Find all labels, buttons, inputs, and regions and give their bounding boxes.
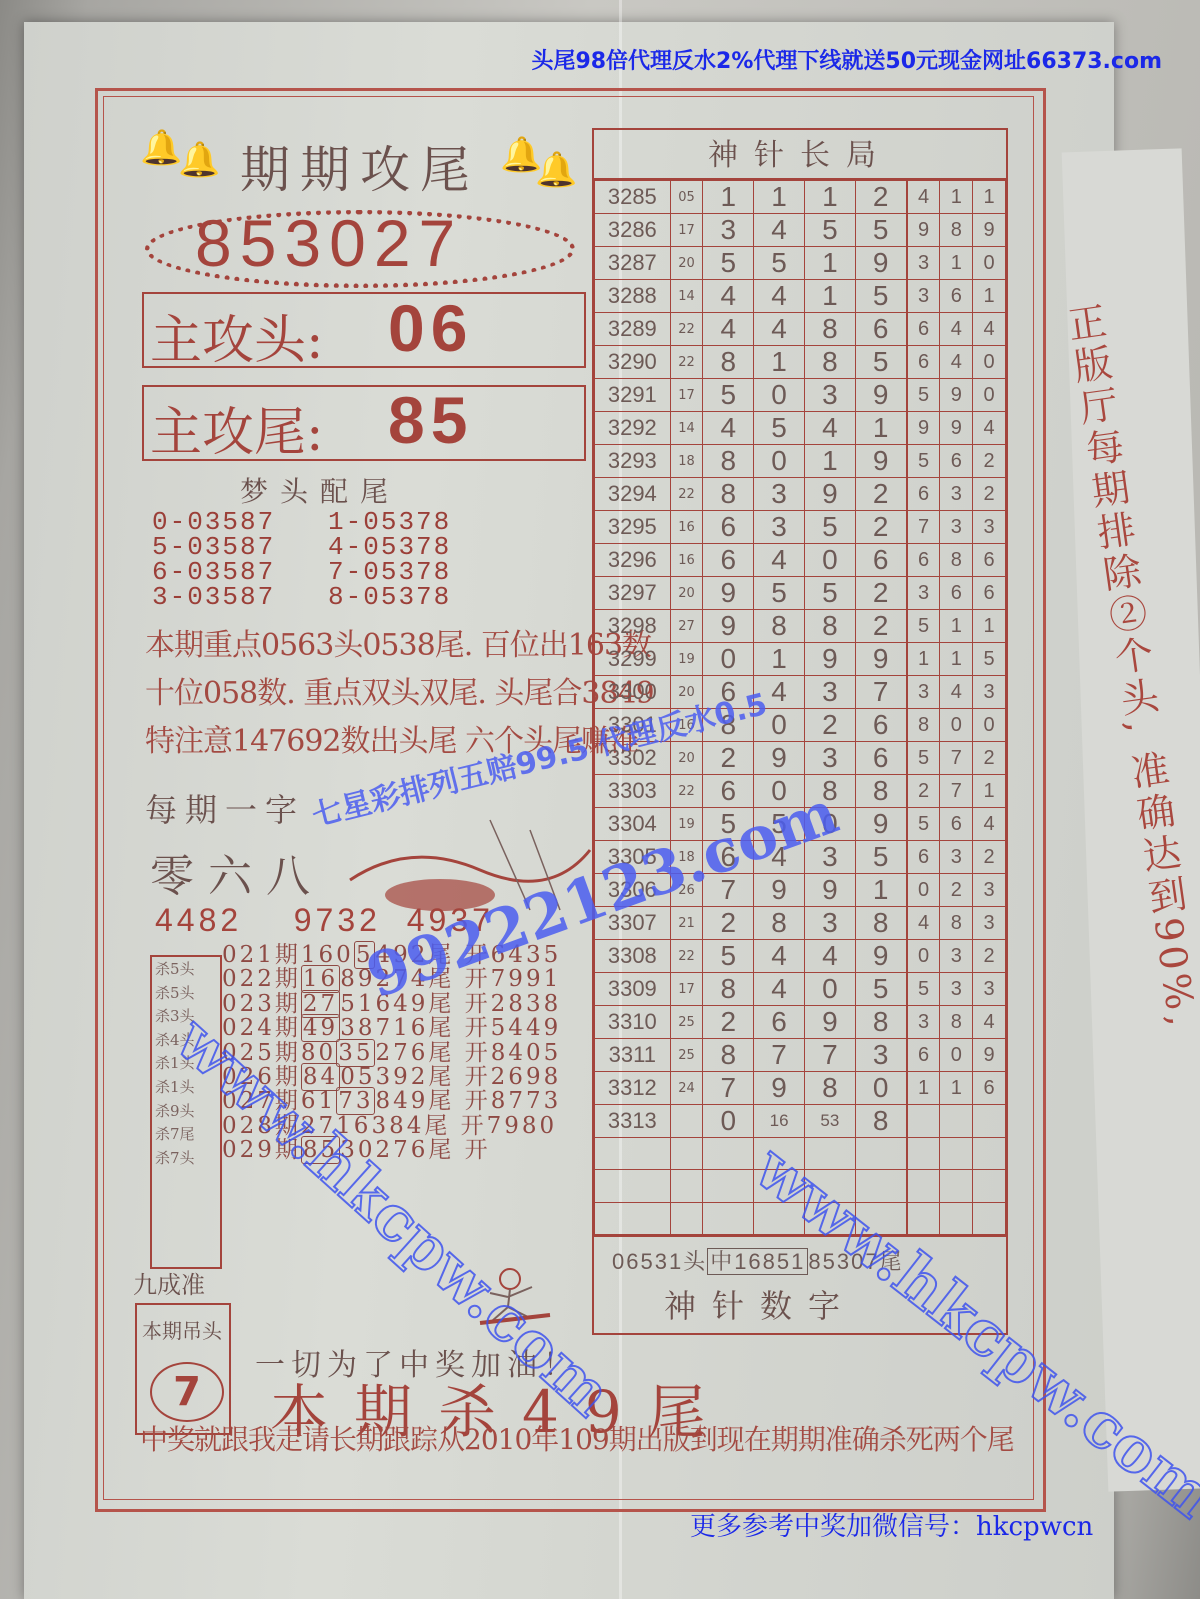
ninety-percent-label: 九成准 [133,1265,205,1300]
digit-cell: 8 [703,445,754,478]
extra-cell: 9 [940,379,973,412]
digit-cell: 6 [855,313,906,346]
extra-cell: 6 [940,280,973,313]
extra-cell: 9 [940,412,973,445]
period-cell: 3289 [595,313,671,346]
digit-cell: 6 [703,511,754,544]
extra-cell: 5 [907,808,940,841]
digit-cell: 1 [855,874,906,907]
digit-cell: 5 [703,940,754,973]
sum-cell: 25 [670,1039,703,1072]
extra-cell: 5 [907,973,940,1006]
extra-cell: 0 [973,709,1006,742]
sum-cell: 22 [670,478,703,511]
extra-cell [940,1105,973,1138]
extra-cell: 6 [907,346,940,379]
sum-cell: 17 [670,379,703,412]
sum-cell: 21 [670,907,703,940]
digit-cell: 8 [855,1105,906,1138]
zero-six-eight: 零六八 [150,840,324,904]
sum-cell: 14 [670,412,703,445]
grid-row: 3295166352733 [595,511,1006,544]
digit-cell: 0 [703,643,754,676]
digit-cell [703,1202,754,1234]
digit-cell: 2 [703,1006,754,1039]
grid-row: 3290228185640 [595,346,1006,379]
digit-cell: 2 [855,511,906,544]
period-cell: 3313 [595,1105,671,1138]
extra-cell: 3 [940,973,973,1006]
dream-pairs: 0-03587 1-05378 5-03587 4-05378 6-03587 … [152,510,451,610]
note-line: 本期重点0563头0538尾. 百位出163数 [145,622,654,670]
extra-cell: 6 [973,577,1006,610]
main-tail-value: 85 [388,382,473,458]
digit-cell: 2 [855,181,906,214]
digit-cell: 9 [855,808,906,841]
digit-cell: 5 [855,346,906,379]
grid-row: 3299190199115 [595,643,1006,676]
extra-cell: 7 [940,775,973,808]
extra-cell: 1 [940,610,973,643]
digit-cell: 0 [754,445,805,478]
this-issue-head-value: 7 [150,1362,224,1422]
extra-cell: 5 [907,742,940,775]
extra-cell: 4 [973,1006,1006,1039]
this-issue-head-label: 本期吊头 [142,1315,222,1344]
sum-cell: 25 [670,1006,703,1039]
dream-title: 梦头配尾 [240,470,400,510]
sum-cell [670,1105,703,1138]
extra-cell: 4 [973,808,1006,841]
extra-cell: 1 [940,1072,973,1105]
digit-cell: 0 [754,379,805,412]
digit-cell: 5 [855,973,906,1006]
grid-row: 3300206437343 [595,676,1006,709]
extra-cell: 0 [940,1039,973,1072]
grid-row: 3285051112411 [595,181,1006,214]
extra-cell: 9 [907,214,940,247]
extra-cell: 3 [973,511,1006,544]
extra-cell: 4 [907,907,940,940]
extra-cell: 0 [973,379,1006,412]
extra-cell [973,1202,1006,1234]
extra-cell [940,1138,973,1170]
extra-cell: 4 [907,181,940,214]
digit-cell: 2 [855,610,906,643]
extra-cell: 3 [940,940,973,973]
digit-cell: 5 [855,280,906,313]
extra-cell [907,1170,940,1202]
sum-cell: 16 [670,544,703,577]
digit-cell: 0 [703,1105,754,1138]
grid-row: 3294228392632 [595,478,1006,511]
extra-cell: 4 [940,676,973,709]
digit-cell: 8 [754,610,805,643]
period-cell: 3312 [595,1072,671,1105]
digit-cell: 9 [855,379,906,412]
bells-icon: 🔔 [178,140,220,180]
extra-cell: 4 [973,313,1006,346]
extra-cell: 8 [940,1006,973,1039]
extra-cell: 6 [940,808,973,841]
period-cell: 3308 [595,940,671,973]
extra-cell: 3 [907,280,940,313]
digit-cell: 8 [703,346,754,379]
extra-cell: 3 [973,874,1006,907]
digit-cell: 4 [754,214,805,247]
digit-cell: 4 [754,544,805,577]
digit-cell: 3 [703,214,754,247]
grid-row: 3286173455989 [595,214,1006,247]
extra-cell: 2 [973,940,1006,973]
digit-cell: 8 [855,907,906,940]
extra-cell: 0 [940,709,973,742]
extra-cell: 7 [940,742,973,775]
digit-cell: 8 [703,973,754,1006]
digit-cell: 8 [804,1072,855,1105]
digit-cell: 7 [754,1039,805,1072]
extra-cell: 4 [973,412,1006,445]
digit-cell [703,1138,754,1170]
extra-cell: 6 [907,1039,940,1072]
extra-cell: 8 [940,907,973,940]
digit-cell: 4 [754,973,805,1006]
digit-cell: 5 [754,247,805,280]
extra-cell [940,1170,973,1202]
extra-cell: 0 [973,247,1006,280]
digit-cell: 5 [804,511,855,544]
digit-cell: 3 [804,742,855,775]
extra-cell [907,1138,940,1170]
extra-cell: 9 [973,1039,1006,1072]
extra-cell: 0 [973,346,1006,379]
sum-cell [670,1202,703,1234]
digit-cell: 5 [754,577,805,610]
digit-cell: 5 [855,841,906,874]
period-cell: 3287 [595,247,671,280]
digit-cell: 53 [804,1105,855,1138]
digit-cell: 9 [855,940,906,973]
digit-cell: 6 [855,709,906,742]
sum-cell: 17 [670,973,703,1006]
digit-cell: 2 [703,742,754,775]
bells-icon: 🔔 [140,128,182,168]
digit-cell: 5 [703,247,754,280]
digit-cell: 0 [804,973,855,1006]
digit-cell: 6 [754,1006,805,1039]
extra-cell: 9 [973,214,1006,247]
extra-cell: 6 [907,313,940,346]
digit-cell: 5 [703,379,754,412]
grid-row: 3287205519310 [595,247,1006,280]
each-issue-label: 每期一字 [145,785,305,831]
extra-cell: 0 [907,874,940,907]
bells-icon: 🔔 [535,150,577,190]
digit-cell: 8 [855,1006,906,1039]
digit-cell: 8 [804,610,855,643]
digit-cell: 1 [754,181,805,214]
extra-cell: 7 [907,511,940,544]
extra-cell: 3 [907,247,940,280]
digit-cell: 4 [804,940,855,973]
extra-cell: 3 [973,907,1006,940]
digit-cell: 4 [754,280,805,313]
digit-cell: 9 [754,874,805,907]
grid-row: 3291175039590 [595,379,1006,412]
digit-cell: 1 [804,247,855,280]
extra-cell: 1 [973,610,1006,643]
main-head-value: 06 [388,290,473,366]
extra-cell: 8 [940,544,973,577]
extra-cell [907,1105,940,1138]
digit-cell: 5 [804,577,855,610]
grid-row: 3297209552366 [595,577,1006,610]
digit-cell: 3 [855,1039,906,1072]
digit-cell: 9 [703,577,754,610]
digit-cell [855,1138,906,1170]
digit-cell: 9 [804,1006,855,1039]
extra-cell: 5 [907,610,940,643]
sum-cell: 14 [670,280,703,313]
period-cell [595,1170,671,1202]
sum-cell: 22 [670,313,703,346]
digit-cell: 5 [804,214,855,247]
period-cell: 3309 [595,973,671,1006]
digit-cell: 4 [703,280,754,313]
extra-cell: 2 [973,841,1006,874]
sum-cell: 22 [670,940,703,973]
digit-cell: 7 [804,1039,855,1072]
extra-cell: 1 [940,643,973,676]
top-ad-banner: 头尾98倍代理反水2%代理下线就送50元现金网址66373.com [531,44,1162,75]
period-cell: 3303 [595,775,671,808]
extra-cell: 1 [940,247,973,280]
digit-cell: 3 [754,478,805,511]
period-cell: 3310 [595,1006,671,1039]
sum-cell: 05 [670,181,703,214]
digit-cell: 9 [855,247,906,280]
highlight-number: 853027 [195,205,463,281]
sum-cell: 20 [670,742,703,775]
extra-cell [973,1138,1006,1170]
period-cell [595,1138,671,1170]
period-cell: 3311 [595,1039,671,1072]
grid-row: 3292144541994 [595,412,1006,445]
extra-cell: 6 [973,1072,1006,1105]
extra-cell: 1 [907,1072,940,1105]
digit-cell: 9 [804,874,855,907]
grid-row: 3310252698384 [595,1006,1006,1039]
extra-cell: 4 [940,313,973,346]
extra-cell: 5 [907,445,940,478]
digit-cell: 0 [855,1072,906,1105]
digit-cell: 4 [703,313,754,346]
extra-cell: 2 [973,445,1006,478]
grid-row: 3288144415361 [595,280,1006,313]
extra-cell: 1 [973,181,1006,214]
digit-cell: 9 [855,643,906,676]
grid-footer-title: 神针数字 [664,1281,856,1327]
extra-cell: 3 [940,478,973,511]
extra-cell: 6 [907,478,940,511]
extra-cell: 2 [940,874,973,907]
digit-cell: 1 [754,643,805,676]
digit-cell: 6 [703,775,754,808]
sum-cell: 20 [670,577,703,610]
digit-cell: 3 [804,907,855,940]
extra-cell: 3 [907,577,940,610]
period-cell: 3295 [595,511,671,544]
main-tail-label: 主攻尾: [150,390,324,465]
extra-cell: 3 [907,1006,940,1039]
sum-cell: 20 [670,247,703,280]
period-cell: 3286 [595,214,671,247]
main-head-label: 主攻头: [150,298,324,373]
extra-cell: 2 [973,742,1006,775]
sum-cell: 22 [670,346,703,379]
grid-row: 3313016538 [595,1105,1006,1138]
digit-cell: 4 [754,313,805,346]
extra-cell: 1 [973,280,1006,313]
bottom-ad-banner: 更多参考中奖加微信号：hkcpwcn [690,1506,1093,1543]
dream-pair-row: 3-03587 8-05378 [152,585,451,610]
grid-row: 3308225449032 [595,940,1006,973]
digit-cell: 8 [804,313,855,346]
period-cell [595,1202,671,1234]
extra-cell: 2 [907,775,940,808]
digit-cell: 1 [804,445,855,478]
extra-cell: 9 [907,412,940,445]
sum-cell: 24 [670,1072,703,1105]
digit-cell: 1 [855,412,906,445]
digit-cell: 1 [804,280,855,313]
digit-cell: 9 [804,478,855,511]
digit-cell: 9 [804,643,855,676]
extra-cell [973,1170,1006,1202]
digit-cell: 8 [703,478,754,511]
grid-row: 3293188019562 [595,445,1006,478]
period-cell: 3293 [595,445,671,478]
extra-cell: 3 [973,973,1006,1006]
extra-cell: 8 [940,214,973,247]
extra-cell: 3 [907,676,940,709]
digit-cell: 8 [855,775,906,808]
extra-cell: 5 [907,379,940,412]
extra-cell: 1 [973,775,1006,808]
digit-cell: 6 [703,544,754,577]
digit-cell: 5 [855,214,906,247]
digit-cell: 3 [754,511,805,544]
digit-cell: 6 [855,544,906,577]
sum-cell: 17 [670,214,703,247]
period-cell: 3298 [595,610,671,643]
digit-cell: 5 [754,412,805,445]
extra-cell: 3 [940,511,973,544]
digit-cell: 8 [703,1039,754,1072]
digit-cell: 2 [855,478,906,511]
digit-cell: 4 [754,940,805,973]
extra-cell: 1 [907,643,940,676]
digit-cell: 8 [804,346,855,379]
sum-cell: 27 [670,610,703,643]
grid-row: 3312247980116 [595,1072,1006,1105]
grid-title: 神针长局 [594,130,1006,180]
note-line: 十位058数. 重点双头双尾. 头尾合3849 [145,670,654,718]
period-cell: 3285 [595,181,671,214]
digit-cell: 2 [855,577,906,610]
extra-cell: 6 [907,544,940,577]
digit-cell: 9 [855,445,906,478]
sum-cell: 16 [670,511,703,544]
extra-cell: 5 [973,643,1006,676]
period-cell: 3291 [595,379,671,412]
extra-cell: 1 [940,181,973,214]
digit-cell: 3 [804,676,855,709]
digit-cell: 0 [804,544,855,577]
period-cell: 3296 [595,544,671,577]
sum-cell [670,1170,703,1202]
sum-cell: 18 [670,445,703,478]
extra-cell [973,1105,1006,1138]
digit-cell: 9 [754,742,805,775]
digit-cell: 6 [855,742,906,775]
sum-cell [670,1138,703,1170]
period-cell: 3297 [595,577,671,610]
extra-cell: 6 [907,841,940,874]
grid-row: 3289224486644 [595,313,1006,346]
digit-cell: 1 [804,181,855,214]
digit-cell: 1 [703,181,754,214]
digit-cell: 9 [754,1072,805,1105]
period-cell: 3304 [595,808,671,841]
digit-cell: 7 [703,1072,754,1105]
extra-cell: 6 [940,577,973,610]
extra-cell: 3 [973,676,1006,709]
panel-title: 期期攻尾 [240,130,480,202]
digit-cell: 1 [754,346,805,379]
extra-cell [940,1202,973,1234]
history-row: 024期4938716尾 开5449 [222,1016,561,1040]
period-cell: 3294 [595,478,671,511]
period-cell: 3292 [595,412,671,445]
extra-cell: 8 [907,709,940,742]
digit-cell: 3 [804,379,855,412]
extra-cell: 0 [907,940,940,973]
digit-cell: 8 [754,907,805,940]
period-cell: 3299 [595,643,671,676]
grid-row: 3309178405533 [595,973,1006,1006]
digit-cell: 7 [855,676,906,709]
digit-cell: 16 [754,1105,805,1138]
extra-cell: 4 [940,346,973,379]
period-cell: 3290 [595,346,671,379]
sum-cell: 22 [670,775,703,808]
digit-cell: 4 [804,412,855,445]
sum-cell: 19 [670,643,703,676]
grid-row: 3296166406686 [595,544,1006,577]
grid-row: 3298279882511 [595,610,1006,643]
extra-cell: 2 [973,478,1006,511]
extra-cell: 6 [973,544,1006,577]
digit-cell: 2 [703,907,754,940]
extra-cell: 6 [940,445,973,478]
digit-cell: 4 [703,412,754,445]
extra-cell: 3 [940,841,973,874]
digit-cell: 9 [703,610,754,643]
digit-cell: 2 [804,709,855,742]
period-cell: 3288 [595,280,671,313]
grid-row: 3311258773609 [595,1039,1006,1072]
